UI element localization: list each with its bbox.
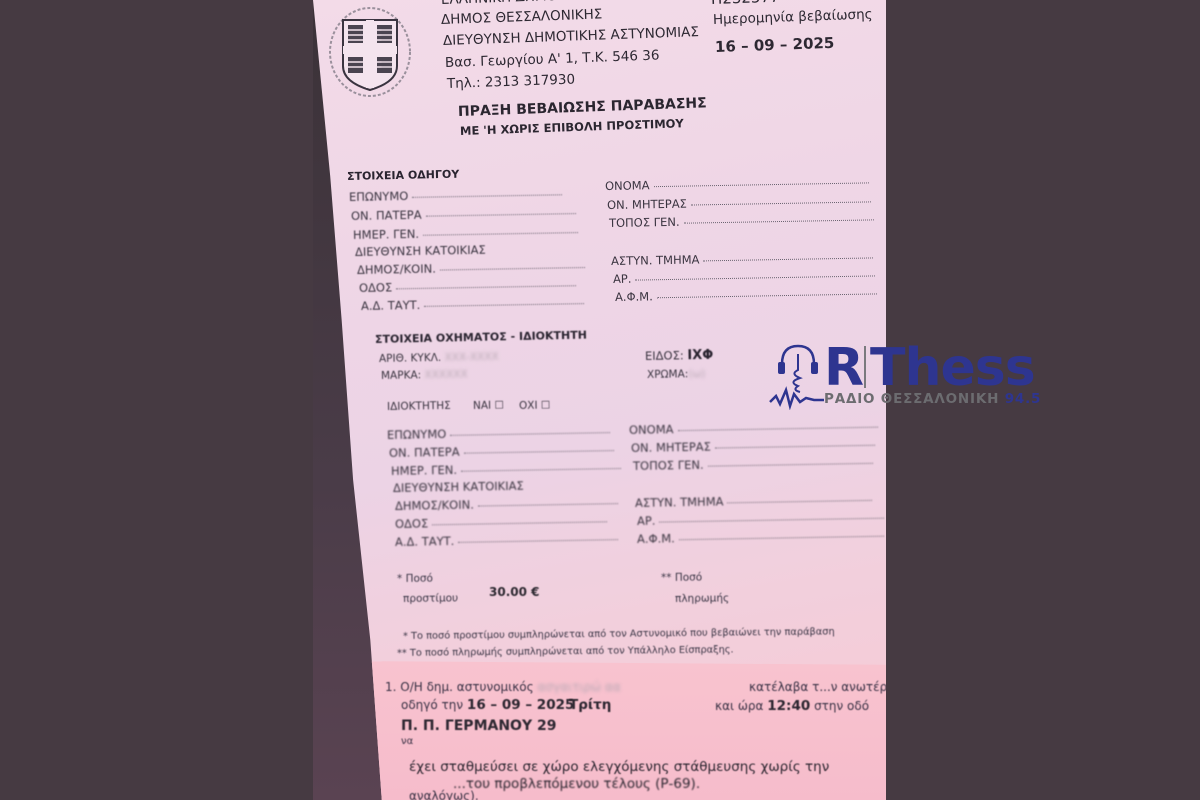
officer-line: 1. Ο/Η δημ. αστυνομικός ασγαιτιρώ αα xyxy=(385,680,621,694)
serial-number: Η232577 xyxy=(711,0,780,8)
driver-mother-name-field: ΟΝ. ΜΗΤΕΡΑΣ xyxy=(607,193,871,212)
logo-brand-r: R xyxy=(824,340,863,396)
logo-brand-thess: Thess xyxy=(870,340,1035,396)
owner-police-dept-field: ΑΣΤΥΝ. ΤΜΗΜΑ xyxy=(635,492,873,510)
owner-number-field: ΑΡ. xyxy=(637,510,885,528)
driver-section-heading: ΣΤΟΙΧΕΙΑ ΟΔΗΓΟΥ xyxy=(347,168,460,183)
date-label: Ημερομηνία βεβαίωσης xyxy=(713,6,873,28)
header-department: ΔΙΕΥΘΥΝΣΗ ΔΗΜΟΤΙΚΗΣ ΑΣΤΥΝΟΜΙΑΣ xyxy=(443,24,699,49)
header-address: Βασ. Γεωργίου Α' 1, Τ.Κ. 546 36 xyxy=(445,48,660,71)
headphones-microphone-icon xyxy=(768,340,826,410)
payment-footnote: ** Το ποσό πληρωμής συμπληρώνεται από το… xyxy=(397,644,734,659)
violation-street: Π. Π. ΓΕΡΜΑΝΟΥ 29 xyxy=(401,718,556,734)
violation-date-line: οδηγό την 16 – 09 – 2025 xyxy=(401,697,574,713)
document-subtitle: ΜΕ 'Η ΧΩΡΙΣ ΕΠΙΒΟΛΗ ΠΡΟΣΤΙΜΟΥ xyxy=(460,116,684,138)
driver-number-field: ΑΡ. xyxy=(613,267,876,286)
owner-label: ΙΔΙΟΚΤΗΤΗΣ xyxy=(387,400,451,413)
driver-address-heading: ΔΙΕΥΘΥΝΣΗ ΚΑΤΟΙΚΙΑΣ xyxy=(355,243,486,259)
owner-birth-place-field: ΤΟΠΟΣ ΓΕΝ. xyxy=(633,455,873,473)
owner-name-field: ΟΝΟΜΑ xyxy=(629,419,878,437)
driver-father-name-field: ΟΝ. ΠΑΤΕΡΑ xyxy=(351,205,576,223)
driver-name-field: ΟΝΟΜΑ xyxy=(605,174,869,193)
owner-id-field: Α.Δ. ΤΑΥΤ. xyxy=(395,531,619,549)
fine-footnote: * Το ποσό προστίμου συμπληρώνεται από το… xyxy=(403,626,835,642)
fine-label-2: προστίμου xyxy=(403,592,458,605)
driver-id-field: Α.Δ. ΤΑΥΤ. xyxy=(361,295,585,313)
payment-label-2: πληρωμής xyxy=(675,592,729,605)
driver-birth-place-field: ΤΟΠΟΣ ΓΕΝ. xyxy=(609,211,874,230)
owner-address-heading: ΔΙΕΥΘΥΝΣΗ ΚΑΤΟΙΚΙΑΣ xyxy=(393,479,524,495)
owner-no-checkbox[interactable]: ΟΧΙ ☐ xyxy=(519,399,551,412)
driver-tax-id-field: Α.Φ.Μ. xyxy=(615,285,877,304)
logo-tagline: ΡΑΔΙΟ ΘΕΣΣΑΛΟΝΙΚΗ 94.5 xyxy=(824,391,1041,407)
brand-field: ΜΑΡΚΑ: ΧΧΧΧΧΧ xyxy=(381,368,468,382)
driver-birth-date-field: ΗΜΕΡ. ΓΕΝ. xyxy=(353,224,578,242)
violation-day: Τρίτη xyxy=(569,697,611,713)
header-municipality: ΔΗΜΟΣ ΘΕΣΣΑΛΟΝΙΚΗΣ xyxy=(441,6,603,28)
owner-birth-date-field: ΗΜΕΡ. ΓΕΝ. xyxy=(391,460,621,478)
owner-tax-id-field: Α.Φ.Μ. xyxy=(637,528,884,546)
driver-surname-field: ΕΠΩΝΥΜΟ xyxy=(349,186,563,204)
owner-mother-name-field: ΟΝ. ΜΗΤΕΡΑΣ xyxy=(631,437,875,455)
violation-description-2: ...του προβλεπόμενου τέλους (Ρ-69). xyxy=(453,776,700,792)
owner-surname-field: ΕΠΩΝΥΜΟ xyxy=(387,424,611,442)
header-phone: Τηλ.: 2313 317930 xyxy=(447,72,576,92)
logo-divider xyxy=(864,346,866,388)
owner-father-name-field: ΟΝ. ΠΑΤΕΡΑ xyxy=(389,442,614,460)
driver-municipality-field: ΔΗΜΟΣ/ΚΟΙΝ. xyxy=(357,259,585,277)
violation-description-1: έχει σταθμεύσει σε χώρο ελεγχόμενης στάθ… xyxy=(409,759,829,775)
plate-field: ΑΡΙΘ. ΚΥΚΛ. ΧΧΧ-ΧΧΧΧ xyxy=(379,351,499,365)
greek-coat-of-arms-icon xyxy=(327,4,413,100)
owner-municipality-field: ΔΗΜΟΣ/ΚΟΙΝ. xyxy=(395,495,618,513)
violation-time-line: και ώρα 12:40 στην οδό xyxy=(715,698,869,714)
fine-label: * Ποσό xyxy=(397,573,433,585)
vehicle-color-field: ΧΡΩΜΑ:(ω) xyxy=(647,368,706,381)
fine-amount: 30.00 € xyxy=(489,585,539,599)
rthess-watermark-logo: R Thess ΡΑΔΙΟ ΘΕΣΣΑΛΟΝΙΚΗ 94.5 xyxy=(768,340,1058,415)
driver-police-dept-field: ΑΣΤΥΝ. ΤΜΗΜΑ xyxy=(611,249,874,268)
vehicle-type-field: ΕΙΔΟΣ: ΙΧΦ xyxy=(645,348,714,364)
date-value: 16 – 09 – 2025 xyxy=(715,34,835,56)
owner-yes-checkbox[interactable]: ΝΑΙ ☐ xyxy=(473,399,504,412)
officer-line-end: κατέλαβα τ...ν ανωτέρω xyxy=(749,680,886,694)
violation-description-3: αναλόγως). xyxy=(409,789,479,800)
payment-label: ** Ποσό xyxy=(661,572,702,584)
vehicle-section-heading: ΣΤΟΙΧΕΙΑ ΟΧΗΜΑΤΟΣ - ΙΔΙΟΚΤΗΤΗ xyxy=(375,329,587,346)
driver-street-field: ΟΔΟΣ xyxy=(359,277,576,295)
violation-na: να xyxy=(401,736,413,747)
owner-street-field: ΟΔΟΣ xyxy=(395,513,607,531)
